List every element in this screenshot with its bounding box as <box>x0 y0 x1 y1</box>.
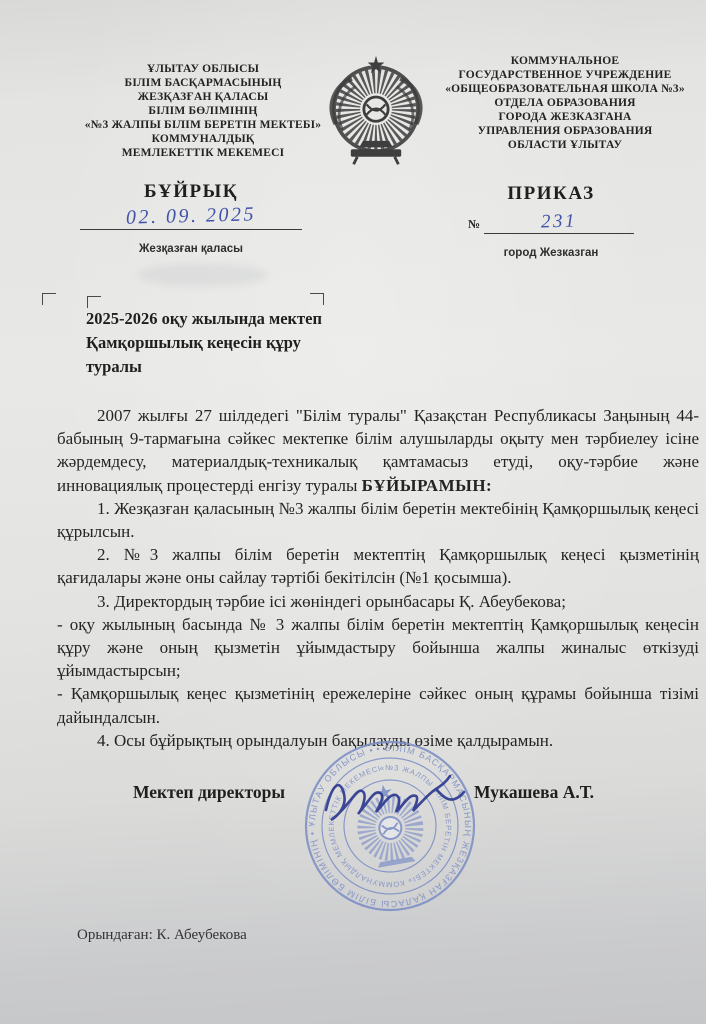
number-line: 231 <box>484 211 634 234</box>
org-line: ОБЛАСТИ ҰЛЫТАУ <box>426 138 704 152</box>
org-line: ГОРОДА ЖЕЗКАЗГАНА <box>426 110 704 124</box>
erased-pencil-smudge <box>138 264 268 286</box>
org-line: ОТДЕЛА ОБРАЗОВАНИЯ <box>426 96 704 110</box>
director-signature <box>316 762 486 834</box>
kazakhstan-emblem-icon <box>320 54 432 168</box>
intro-bold-word: БҰЙЫРАМЫН: <box>362 476 493 495</box>
subject-line: 2025-2026 оқу жылында мектеп <box>86 307 356 331</box>
org-line: БІЛІМ БАСҚАРМАСЫНЫҢ <box>57 76 349 90</box>
order-subject: 2025-2026 оқу жылында мектеп Қамқоршылық… <box>86 307 356 379</box>
order-subitem: - Қамқоршылық кеңес қызметінің ережелері… <box>57 682 699 728</box>
signer-name: Мукашева А.Т. <box>474 782 594 803</box>
order-block-russian: ПРИКАЗ № 231 город Жезказган <box>436 183 666 259</box>
org-line: КОММУНАЛЬНОЕ <box>426 54 704 68</box>
org-line: УПРАВЛЕНИЯ ОБРАЗОВАНИЯ <box>426 124 704 138</box>
org-name-kazakh: ҰЛЫТАУ ОБЛЫСЫ БІЛІМ БАСҚАРМАСЫНЫҢ ЖЕЗҚАЗ… <box>57 62 349 160</box>
org-line: ЖЕЗҚАЗҒАН ҚАЛАСЫ <box>57 90 349 104</box>
city-name-kk: Жезқазған қаласы <box>80 243 302 255</box>
emblem-star <box>368 56 385 73</box>
corner-mark <box>310 293 324 305</box>
order-subitem: - оқу жылының басында № 3 жалпы білім бе… <box>57 613 699 683</box>
intro-paragraph: 2007 жылғы 27 шілдедегі "Білім туралы" Қ… <box>57 404 699 497</box>
org-line: «ОБЩЕОБРАЗОВАТЕЛЬНАЯ ШКОЛА №3» <box>426 82 704 96</box>
org-name-russian: КОММУНАЛЬНОЕ ГОСУДАРСТВЕННОЕ УЧРЕЖДЕНИЕ … <box>426 54 704 152</box>
org-line: БІЛІМ БӨЛІМІНІҢ <box>57 104 349 118</box>
org-line: ГОСУДАРСТВЕННОЕ УЧРЕЖДЕНИЕ <box>426 68 704 82</box>
executor-note: Орындаған: К. Абеубекова <box>77 927 247 944</box>
org-line: «№3 ЖАЛПЫ БІЛІМ БЕРЕТІН МЕКТЕБІ» <box>57 118 349 132</box>
number-sign: № <box>468 217 480 234</box>
signer-role: Мектеп директоры <box>133 782 285 803</box>
subject-line: туралы <box>86 355 356 379</box>
order-body: 2007 жылғы 27 шілдедегі "Білім туралы" Қ… <box>57 404 699 752</box>
corner-mark <box>42 293 56 305</box>
order-item: 3. Директордың тәрбие ісі жөніндегі орын… <box>57 590 699 613</box>
org-line: ҰЛЫТАУ ОБЛЫСЫ <box>57 62 349 76</box>
date-line: 02. 09. 2025 <box>80 205 302 230</box>
scanned-order-document: ҰЛЫТАУ ОБЛЫСЫ БІЛІМ БАСҚАРМАСЫНЫҢ ЖЕЗҚАЗ… <box>0 0 706 1024</box>
order-item: 1. Жезқазған қаласының №3 жалпы білім бе… <box>57 497 699 543</box>
org-line: КОММУНАЛДЫҚ <box>57 132 349 146</box>
order-number-row: № 231 <box>436 211 666 234</box>
order-item: 2. №3 жалпы білім беретін мектептің Қамқ… <box>57 543 699 589</box>
handwritten-number: 231 <box>541 211 578 234</box>
city-name-ru: город Жезказган <box>436 247 666 259</box>
subject-line: Қамқоршылық кеңесін құру <box>86 331 356 355</box>
order-block-kazakh: БҰЙРЫҚ 02. 09. 2025 Жезқазған қаласы <box>80 181 302 255</box>
org-line: МЕМЛЕКЕТТІК МЕКЕМЕСІ <box>57 146 349 160</box>
order-title-kk: БҰЙРЫҚ <box>80 181 302 203</box>
order-title-ru: ПРИКАЗ <box>436 183 666 205</box>
handwritten-date: 02. 09. 2025 <box>126 203 257 229</box>
